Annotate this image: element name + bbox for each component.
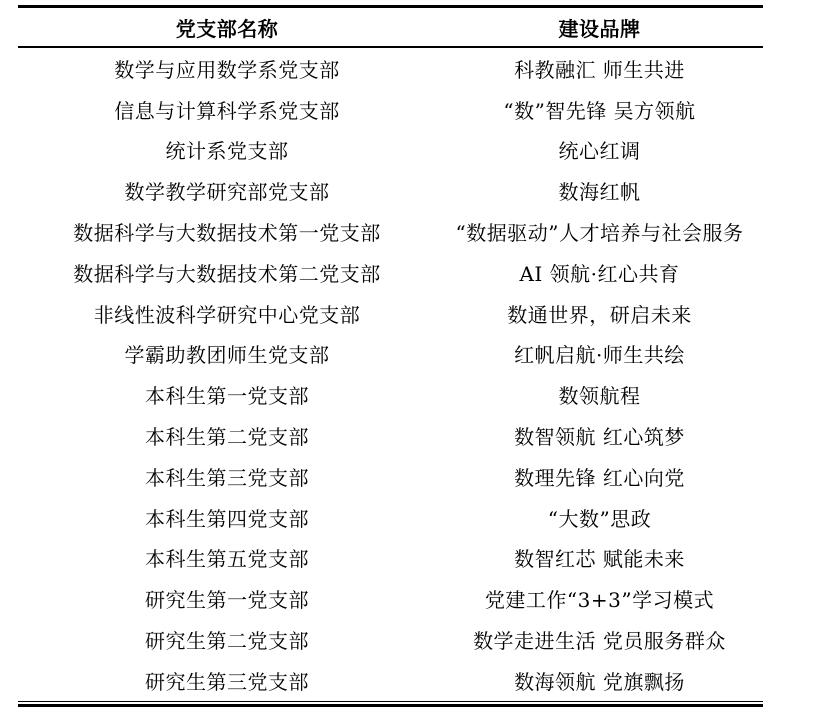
brand-cell: “数据驱动”人才培养与社会服务 <box>436 211 763 252</box>
table-row: 数学与应用数学系党支部 科教融汇 师生共进 <box>18 48 763 89</box>
branch-name-cell: 数据科学与大数据技术第一党支部 <box>18 211 436 252</box>
table-row: 本科生第五党支部 数智红芯 赋能未来 <box>18 538 763 579</box>
brand-cell: 数海领航 党旗飘扬 <box>436 660 763 701</box>
branch-name-cell: 数学与应用数学系党支部 <box>18 48 436 89</box>
brand-cell: 数领航程 <box>436 374 763 415</box>
brand-cell: 数学走进生活 党员服务群众 <box>436 619 763 660</box>
branch-name-cell: 本科生第二党支部 <box>18 415 436 456</box>
table-row: 本科生第三党支部 数理先锋 红心向党 <box>18 456 763 497</box>
table-row: 本科生第四党支部 “大数”思政 <box>18 497 763 538</box>
brand-cell: 统心红调 <box>436 130 763 171</box>
brand-cell: 数智红芯 赋能未来 <box>436 538 763 579</box>
brand-cell: AI 领航·红心共育 <box>436 252 763 293</box>
party-branch-brand-table: 党支部名称 建设品牌 数学与应用数学系党支部 科教融汇 师生共进 信息与计算科学… <box>18 5 763 707</box>
table-row: 本科生第一党支部 数领航程 <box>18 374 763 415</box>
column-header-brand: 建设品牌 <box>436 8 763 46</box>
table-row: 学霸助教团师生党支部 红帆启航·师生共绘 <box>18 334 763 375</box>
table-row: 研究生第二党支部 数学走进生活 党员服务群众 <box>18 619 763 660</box>
brand-cell: “大数”思政 <box>436 497 763 538</box>
branch-name-cell: 本科生第四党支部 <box>18 497 436 538</box>
table-row: 非线性波科学研究中心党支部 数通世界，研启未来 <box>18 293 763 334</box>
brand-cell: 数海红帆 <box>436 170 763 211</box>
table-row: 本科生第二党支部 数智领航 红心筑梦 <box>18 415 763 456</box>
table-row: 统计系党支部 统心红调 <box>18 130 763 171</box>
table-row: 研究生第一党支部 党建工作“3+3”学习模式 <box>18 578 763 619</box>
branch-name-cell: 研究生第一党支部 <box>18 578 436 619</box>
brand-cell: 党建工作“3+3”学习模式 <box>436 578 763 619</box>
branch-name-cell: 研究生第二党支部 <box>18 619 436 660</box>
table-row: 数据科学与大数据技术第二党支部 AI 领航·红心共育 <box>18 252 763 293</box>
table-row: 信息与计算科学系党支部 “数”智先锋 吴方领航 <box>18 89 763 130</box>
branch-name-cell: 学霸助教团师生党支部 <box>18 334 436 375</box>
table-row: 数据科学与大数据技术第一党支部 “数据驱动”人才培养与社会服务 <box>18 211 763 252</box>
table-row: 数学教学研究部党支部 数海红帆 <box>18 170 763 211</box>
branch-name-cell: 本科生第一党支部 <box>18 374 436 415</box>
branch-name-cell: 数据科学与大数据技术第二党支部 <box>18 252 436 293</box>
table-body: 数学与应用数学系党支部 科教融汇 师生共进 信息与计算科学系党支部 “数”智先锋… <box>18 48 763 702</box>
branch-name-cell: 研究生第三党支部 <box>18 660 436 701</box>
branch-name-cell: 本科生第五党支部 <box>18 538 436 579</box>
branch-name-cell: 信息与计算科学系党支部 <box>18 89 436 130</box>
table-row: 研究生第三党支部 数海领航 党旗飘扬 <box>18 660 763 701</box>
branch-name-cell: 数学教学研究部党支部 <box>18 170 436 211</box>
brand-cell: 数理先锋 红心向党 <box>436 456 763 497</box>
branch-name-cell: 非线性波科学研究中心党支部 <box>18 293 436 334</box>
brand-cell: 红帆启航·师生共绘 <box>436 334 763 375</box>
branch-name-cell: 本科生第三党支部 <box>18 456 436 497</box>
brand-cell: 数智领航 红心筑梦 <box>436 415 763 456</box>
brand-cell: 科教融汇 师生共进 <box>436 48 763 89</box>
table-header-row: 党支部名称 建设品牌 <box>18 8 763 48</box>
brand-cell: “数”智先锋 吴方领航 <box>436 89 763 130</box>
branch-name-cell: 统计系党支部 <box>18 130 436 171</box>
table-bottom-rule <box>18 704 763 707</box>
column-header-branch: 党支部名称 <box>18 8 436 46</box>
brand-cell: 数通世界，研启未来 <box>436 293 763 334</box>
